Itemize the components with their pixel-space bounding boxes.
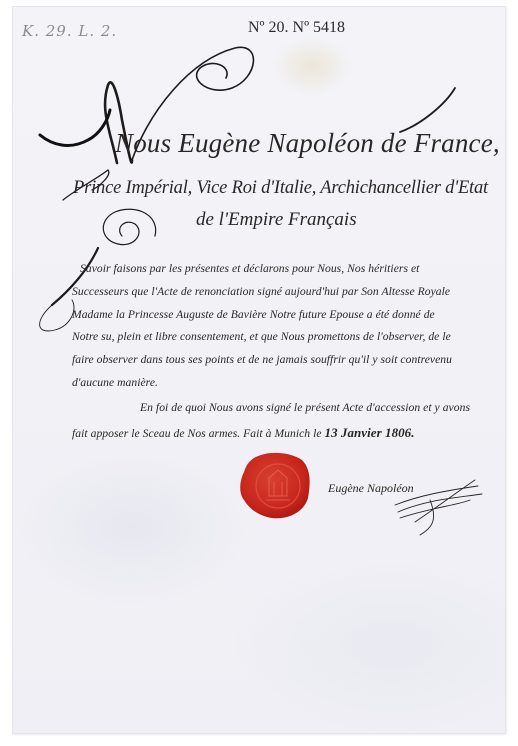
body-line: Notre su, plein et libre consentement, e… <box>72 330 451 343</box>
signature: Eugène Napoléon <box>328 481 414 496</box>
closing-line-text: fait apposer le Sceau de Nos armes. Fait… <box>72 427 322 440</box>
document-date: 13 Janvier 1806. <box>325 425 415 440</box>
title-line-1: Nous Eugène Napoléon de France, <box>115 128 500 159</box>
closing-line: En foi de quoi Nous avons signé le prése… <box>140 401 470 414</box>
archive-mark: K. 29. L. 2. <box>22 22 117 40</box>
body-line: faire observer dans tous ses points et d… <box>72 353 452 366</box>
body-line: Madame la Princesse Auguste de Bavière N… <box>72 308 435 321</box>
title-line-2: Prince Impérial, Vice Roi d'Italie, Arch… <box>73 178 488 199</box>
body-line: Successeurs que l'Acte de renonciation s… <box>72 285 450 298</box>
body-line: d'aucune manière. <box>72 376 158 389</box>
document-page <box>12 6 506 734</box>
document-number: Nº 20. Nº 5418 <box>248 19 345 37</box>
wax-seal-icon <box>238 450 312 522</box>
body-line: Savoir faisons par les présentes et décl… <box>80 262 419 275</box>
closing-line: fait apposer le Sceau de Nos armes. Fait… <box>72 425 415 441</box>
title-line-3: de l'Empire Français <box>196 209 357 231</box>
